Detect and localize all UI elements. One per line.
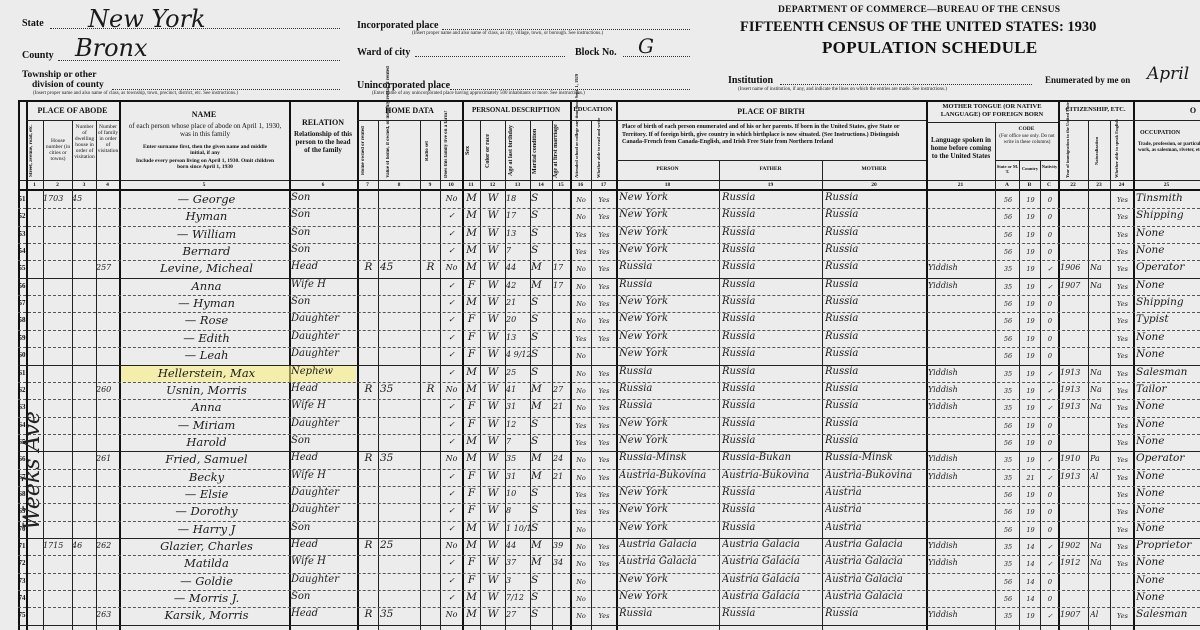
cell-age-marr: 34 (553, 558, 570, 567)
cell-occ: None (1136, 348, 1200, 360)
cell-school: No (571, 283, 591, 291)
cell-name: — Elsie (124, 487, 289, 501)
cell-B: 19 (1021, 265, 1040, 273)
cell-father: Austria Galacia (722, 591, 822, 602)
cell-race: W (481, 608, 505, 620)
cell-lang: Yiddish (928, 385, 995, 394)
cell-relation: Daughter (291, 504, 357, 515)
cell-C: ✓ (1042, 560, 1058, 568)
cell-father: Russia (722, 400, 822, 411)
cell-eng: Yes (1112, 526, 1133, 534)
block-line (623, 56, 690, 57)
cell-age-marr: 39 (553, 541, 570, 550)
cell-age: 41 (506, 385, 530, 394)
cell-mother: Russia (825, 331, 926, 342)
cell-relation: Head (291, 452, 357, 463)
cell-school: No (571, 387, 591, 395)
col-line (995, 122, 996, 630)
cell-C: 0 (1042, 578, 1058, 586)
cell-school: No (571, 352, 591, 360)
cell-farm: No (441, 385, 462, 394)
cell-birth: New York (619, 296, 719, 307)
cell-farm: ✓ (441, 558, 462, 567)
cell-occ: Tinsmith (1136, 192, 1200, 204)
incorporated-line (442, 29, 690, 30)
cell-C: 0 (1042, 300, 1058, 308)
cell-occ: None (1136, 556, 1200, 568)
cell-mother: Austria-Bukovina (825, 470, 926, 481)
cell-birth: New York (619, 192, 719, 203)
cell-B: 19 (1021, 491, 1040, 499)
cell-school: Yes (571, 248, 591, 256)
township-label-2: division of county (32, 80, 104, 90)
line-number: 75 (18, 611, 26, 619)
cell-dwelling: 45 (72, 194, 96, 203)
cell-mother: Russia (825, 348, 926, 359)
cell-race: W (481, 227, 505, 239)
line-number: 51 (18, 195, 26, 203)
unincorporated-note: (Enter name of any unincorporated place … (372, 91, 585, 96)
cell-mother: Russia (825, 366, 926, 377)
cell-marital: S (531, 244, 552, 256)
cell-school: No (571, 265, 591, 273)
cell-marital: M (531, 556, 552, 568)
relation-subheading: Relationship of this person to the head … (292, 130, 354, 154)
cell-birth: Russia-Minsk (619, 452, 719, 463)
cell-race: W (481, 556, 505, 568)
person-heading: PERSON (616, 166, 719, 172)
cell-father: Austria Galacia (722, 574, 822, 585)
cell-nat: Na (1090, 263, 1110, 272)
cell-mother: Russia (825, 313, 926, 324)
line-number: 63 (18, 403, 26, 411)
cell-age: 10 (506, 489, 530, 498)
cell-nat: Na (1090, 368, 1110, 377)
col10-heading: Does this family live on a farm? (444, 124, 458, 178)
cell-C: 0 (1042, 508, 1058, 516)
cell-eng: Yes (1112, 370, 1133, 378)
col11-heading: Sex (466, 124, 476, 178)
cell-eng: Yes (1112, 317, 1133, 325)
cell-eng: Yes (1112, 456, 1133, 464)
cell-A: 56 (997, 231, 1019, 239)
cell-father: Russia (722, 227, 822, 238)
cell-birth: New York (619, 574, 719, 585)
cell-eng: Yes (1112, 612, 1133, 620)
cell-A: 35 (997, 474, 1019, 482)
cell-race: W (481, 487, 505, 499)
column-number: 13 (505, 182, 530, 188)
cell-eng: Yes (1112, 300, 1133, 308)
cell-marital: S (531, 435, 552, 447)
cell-A: 56 (997, 422, 1019, 430)
cell-mother: Austria (825, 504, 926, 515)
col-line (96, 120, 97, 630)
cell-read: Yes (592, 370, 616, 378)
cell-school: Yes (571, 231, 591, 239)
cell-race: W (481, 331, 505, 343)
cell-eng: Yes (1112, 560, 1133, 568)
cell-C: 0 (1042, 231, 1058, 239)
cell-tenure: R (359, 608, 378, 620)
cell-C: ✓ (1042, 404, 1058, 412)
cell-read: Yes (592, 560, 616, 568)
cell-A: 56 (997, 595, 1019, 603)
cell-occ: Operator (1136, 261, 1200, 273)
cell-name: — Rose (124, 313, 289, 327)
cell-B: 19 (1021, 526, 1040, 534)
cell-occ: None (1136, 435, 1200, 447)
cell-farm: ✓ (441, 315, 462, 324)
birth-divider (616, 120, 926, 121)
cell-occ: Operator (1136, 452, 1200, 464)
cell-birth: New York (619, 244, 719, 255)
cell-name: — Edith (124, 331, 289, 345)
block-value: G (638, 34, 654, 58)
cell-house: 1703 (43, 194, 72, 203)
cell-relation: Head (291, 261, 357, 272)
street-name-annotation: Weeks Ave (20, 411, 45, 530)
cell-read: Yes (592, 265, 616, 273)
township-line (112, 89, 340, 90)
father-heading: FATHER (719, 166, 822, 172)
cell-relation: Daughter (291, 574, 357, 585)
cell-age: 37 (506, 558, 530, 567)
cell-relation: Daughter (291, 487, 357, 498)
cell-mother: Russia (825, 383, 926, 394)
cell-age: 1 10/12 (506, 524, 530, 533)
cell-imm: 1910 (1060, 454, 1088, 463)
occupation-divider (1133, 120, 1200, 121)
cell-mother: Russia (825, 279, 926, 290)
cell-relation: Son (291, 522, 357, 533)
cell-marital: M (531, 470, 552, 482)
cell-A: 56 (997, 248, 1019, 256)
institution-note: (Insert name of institution, if any, and… (738, 87, 947, 92)
cell-marital: S (531, 366, 552, 378)
cell-read: Yes (592, 317, 616, 325)
cell-occ: Shipping (1136, 296, 1200, 308)
cell-farm: ✓ (441, 506, 462, 515)
cell-father: Russia (722, 209, 822, 220)
cell-school: No (571, 404, 591, 412)
cell-father: Russia (722, 296, 822, 307)
occupation-section-heading: O (1133, 106, 1200, 115)
cell-birth: New York (619, 435, 719, 446)
cell-relation: Head (291, 539, 357, 550)
cell-lang: Yiddish (928, 368, 995, 377)
cell-sex: M (463, 209, 480, 221)
cell-dwelling: 46 (72, 541, 96, 550)
cell-relation: Son (291, 192, 357, 203)
column-number: 18 (616, 182, 719, 188)
cell-birth: New York (619, 418, 719, 429)
cell-name: Glazier, Charles (124, 539, 289, 553)
cell-mother: Austria Galacia (825, 539, 926, 550)
cell-mother: Russia (825, 261, 926, 272)
birth-sub-divider (616, 160, 926, 161)
cell-relation: Daughter (291, 313, 357, 324)
cell-B: 19 (1021, 283, 1040, 291)
cell-B: 14 (1021, 578, 1040, 586)
cell-eng: Yes (1112, 404, 1133, 412)
cell-sex: F (463, 574, 480, 586)
cell-mother: Austria Galacia (825, 556, 926, 567)
cell-B: 14 (1021, 595, 1040, 603)
cell-C: ✓ (1042, 387, 1058, 395)
institution-line (780, 84, 1032, 85)
cell-C: ✓ (1042, 474, 1058, 482)
cell-B: 19 (1021, 439, 1040, 447)
code-heading: CODE (995, 126, 1058, 132)
col8-heading: Value of home, if owned, or monthly rent… (386, 124, 412, 178)
cell-father: Russia (722, 244, 822, 255)
cell-eng: Yes (1112, 352, 1133, 360)
cell-farm: ✓ (441, 246, 462, 255)
cell-race: W (481, 504, 505, 516)
cell-name: Levine, Micheal (124, 261, 289, 275)
cell-B: 19 (1021, 422, 1040, 430)
cell-school: No (571, 196, 591, 204)
cell-birth: New York (619, 504, 719, 515)
relation-heading: RELATION (289, 118, 357, 127)
cell-sex: F (463, 470, 480, 482)
cell-birth: Russia (619, 383, 719, 394)
cell-farm: ✓ (441, 368, 462, 377)
cell-race: W (481, 192, 505, 204)
cell-mother: Russia (825, 418, 926, 429)
cell-occ: Proprietor (1136, 539, 1200, 551)
cell-read: Yes (592, 508, 616, 516)
cell-age: 31 (506, 402, 530, 411)
cell-A: 56 (997, 578, 1019, 586)
cell-farm: ✓ (441, 489, 462, 498)
cell-C: 0 (1042, 595, 1058, 603)
cell-mother: Russia (825, 209, 926, 220)
cell-father: Russia (722, 608, 822, 619)
cell-marital: S (531, 313, 552, 325)
col9-heading: Radio set (425, 124, 435, 178)
cell-name: — Harry J (124, 522, 289, 536)
cell-age: 13 (506, 333, 530, 342)
cell-imm: 1902 (1060, 541, 1088, 550)
cell-age: 8 (506, 506, 530, 515)
cell-C: ✓ (1042, 456, 1058, 464)
cell-birth: New York (619, 313, 719, 324)
cell-nat: Na (1090, 541, 1110, 550)
cell-eng: Yes (1112, 335, 1133, 343)
cell-age: 44 (506, 541, 530, 550)
cell-relation: Daughter (291, 418, 357, 429)
cell-eng: Yes (1112, 265, 1133, 273)
column-number: 5 (119, 182, 289, 188)
column-number: 20 (822, 182, 926, 188)
cell-eng: Yes (1112, 387, 1133, 395)
cell-occ: None (1136, 487, 1200, 499)
col-line (822, 160, 823, 630)
cell-occ: None (1136, 400, 1200, 412)
col22-heading: Year of immigration to the United States (1065, 124, 1081, 178)
township-note: (Insert proper name and also name of cla… (33, 91, 238, 96)
cell-imm: 1913 (1060, 385, 1088, 394)
cell-marital: M (531, 452, 552, 464)
column-number: 22 (1058, 182, 1088, 188)
cell-read: Yes (592, 283, 616, 291)
column-number: 24 (1110, 182, 1133, 188)
col-line (552, 120, 553, 630)
cell-B: 19 (1021, 387, 1040, 395)
cell-read: Yes (592, 474, 616, 482)
cell-read: Yes (592, 335, 616, 343)
cell-sex: M (463, 591, 480, 603)
cell-age: 12 (506, 420, 530, 429)
cell-father: Russia (722, 383, 822, 394)
place-of-abode-heading: PLACE OF ABODE (26, 106, 119, 115)
cell-imm: 1912 (1060, 558, 1088, 567)
cell-nat: Na (1090, 402, 1110, 411)
column-number: 11 (462, 182, 480, 188)
cell-C: 0 (1042, 248, 1058, 256)
census-title: FIFTEENTH CENSUS OF THE UNITED STATES: 1… (740, 19, 1096, 36)
cell-birth: Austria-Bukovina (619, 470, 719, 481)
cell-name: — William (124, 227, 289, 241)
cell-occ: None (1136, 574, 1200, 586)
column-number: 2 (43, 182, 72, 188)
cell-C: 0 (1042, 213, 1058, 221)
cell-occ: Tailor (1136, 383, 1200, 395)
cell-occ: None (1136, 470, 1200, 482)
col15-heading: Age at first marriage (554, 124, 568, 178)
cell-race: W (481, 366, 505, 378)
cell-tenure: R (359, 261, 378, 273)
cell-sex: M (463, 435, 480, 447)
cell-birth: New York (619, 209, 719, 220)
cell-A: 56 (997, 508, 1019, 516)
cell-lang: Yiddish (928, 472, 995, 481)
col1-heading: Street, avenue, road, etc. (29, 125, 41, 177)
cell-marital: S (531, 348, 552, 360)
cell-A: 56 (997, 491, 1019, 499)
cell-B: 19 (1021, 231, 1040, 239)
occupation-heading: OCCUPATION (1140, 130, 1200, 136)
cell-tenure: R (359, 383, 378, 395)
cell-school: Yes (571, 508, 591, 516)
cell-occ: None (1136, 279, 1200, 291)
cell-farm: No (441, 194, 462, 203)
cell-sex: M (463, 608, 480, 620)
cell-lang: Yiddish (928, 610, 995, 619)
place-of-birth-heading: PLACE OF BIRTH (616, 107, 926, 116)
cell-birth: New York (619, 331, 719, 342)
cell-nat: Na (1090, 558, 1110, 567)
cell-C: 0 (1042, 439, 1058, 447)
incorporated-note: (Insert proper name and also name of cla… (412, 31, 603, 36)
cell-C: ✓ (1042, 370, 1058, 378)
cell-A: 56 (997, 526, 1019, 534)
cell-race: W (481, 244, 505, 256)
cell-occ: Typist (1136, 313, 1200, 325)
cell-age: 3 (506, 576, 530, 585)
cell-farm: ✓ (441, 402, 462, 411)
cell-relation: Wife H (291, 470, 357, 481)
column-number: 14 (530, 182, 552, 188)
cell-C: 0 (1042, 196, 1058, 204)
cell-farm: ✓ (441, 472, 462, 481)
cell-farm: ✓ (441, 281, 462, 290)
cell-marital: S (531, 487, 552, 499)
cell-imm: 1906 (1060, 263, 1088, 272)
cell-radio: R (421, 383, 440, 395)
cell-lang: Yiddish (928, 558, 995, 567)
table-top-border (18, 100, 1200, 102)
cell-B: 19 (1021, 456, 1040, 464)
column-number: 25 (1133, 182, 1200, 188)
cell-age-marr: 27 (553, 385, 570, 394)
name-subheading: of each person whose place of abode on A… (126, 122, 284, 138)
cell-sex: F (463, 504, 480, 516)
cell-birth: New York (619, 522, 719, 533)
cell-farm: ✓ (441, 333, 462, 342)
column-number: 17 (591, 182, 616, 188)
cell-lang: Yiddish (928, 402, 995, 411)
cell-race: W (481, 574, 505, 586)
cell-B: 19 (1021, 335, 1040, 343)
cell-value: 25 (380, 539, 420, 551)
cell-sex: F (463, 313, 480, 325)
cell-race: W (481, 400, 505, 412)
cell-mother: Russia (825, 608, 926, 619)
cell-school: No (571, 612, 591, 620)
cell-sex: M (463, 192, 480, 204)
cell-name: — Dorothy (124, 504, 289, 518)
cell-marital: M (531, 279, 552, 291)
cell-read: Yes (592, 196, 616, 204)
line-number: 52 (18, 212, 26, 220)
cell-A: 35 (997, 387, 1019, 395)
cell-mother: Austria (825, 522, 926, 533)
cell-eng: Yes (1112, 474, 1133, 482)
cell-relation: Son (291, 209, 357, 220)
cell-name: Fried, Samuel (124, 452, 289, 466)
cell-age: 7 (506, 437, 530, 446)
cell-marital: M (531, 261, 552, 273)
ward-label: Ward of city (357, 47, 410, 58)
cell-name: — Hyman (124, 296, 289, 310)
line-number: 72 (18, 559, 26, 567)
cell-race: W (481, 209, 505, 221)
cell-sex: M (463, 366, 480, 378)
cell-race: W (481, 279, 505, 291)
cell-farm: ✓ (441, 593, 462, 602)
column-number: 6 (289, 182, 357, 188)
tongue-divider (926, 122, 1058, 123)
cell-A: 35 (997, 560, 1019, 568)
cell-marital: S (531, 331, 552, 343)
cell-C: 0 (1042, 317, 1058, 325)
cell-value: 45 (380, 261, 420, 273)
enumerated-value: April (1147, 64, 1189, 84)
column-number: 15 (552, 182, 570, 188)
col-line (378, 120, 379, 630)
cell-name: — Miriam (124, 418, 289, 432)
cell-mother: Russia (825, 227, 926, 238)
col17-heading: Whether able to read and write (596, 124, 610, 178)
cell-mother: Russia-Minsk (825, 452, 926, 463)
column-number: 21 (926, 182, 995, 188)
cell-father: Russia (722, 348, 822, 359)
cell-eng: Yes (1112, 543, 1133, 551)
cell-race: W (481, 348, 505, 360)
